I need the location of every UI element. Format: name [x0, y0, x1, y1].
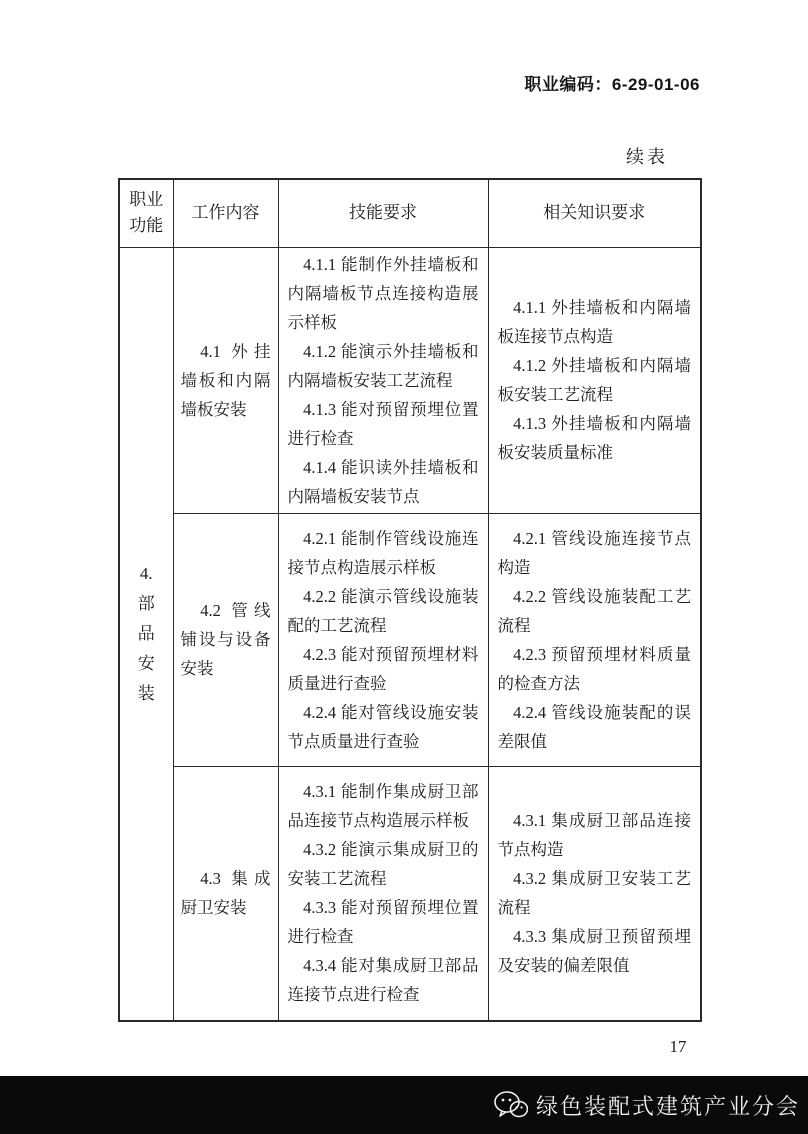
skill-item: 4.1.1 能制作外挂墙板和内隔墙板节点连接构造展示样板: [288, 250, 479, 337]
knowledge-item: 4.3.1 集成厨卫部品连接节点构造: [498, 806, 692, 864]
skill-item: 4.3.2 能演示集成厨卫的安装工艺流程: [288, 835, 479, 893]
skill-item: 4.1.3 能对预留预埋位置进行检查: [288, 395, 479, 453]
continued-table-label: 续表: [626, 143, 668, 169]
watermark-bar: 绿色装配式建筑产业分会: [0, 1076, 808, 1134]
header-occupational-function: 职业功能: [119, 179, 173, 247]
skill-item: 4.2.4 能对管线设施安装节点质量进行查验: [288, 698, 479, 756]
occupation-code: 职业编码：6-29-01-06: [524, 70, 700, 95]
table-header: 职业功能 工作内容 技能要求 相关知识要求: [119, 179, 701, 247]
table-row: 4.2 管线铺设与设备安装4.2.1 能制作管线设施连接节点构造展示样板4.2.…: [119, 513, 701, 766]
knowledge-item: 4.2.2 管线设施装配工艺流程: [498, 582, 692, 640]
requirements-table: 职业功能 工作内容 技能要求 相关知识要求 4.部品安装4.1 外挂墙板和内隔墙…: [118, 178, 702, 1022]
table-row: 4.3 集成厨卫安装4.3.1 能制作集成厨卫部品连接节点构造展示样板4.3.2…: [119, 766, 701, 1021]
table-body: 4.部品安装4.1 外挂墙板和内隔墙板安装4.1.1 能制作外挂墙板和内隔墙板节…: [119, 247, 701, 1021]
table-row: 4.部品安装4.1 外挂墙板和内隔墙板安装4.1.1 能制作外挂墙板和内隔墙板节…: [119, 247, 701, 513]
knowledge-item: 4.2.1 管线设施连接节点构造: [498, 524, 692, 582]
header-work-content: 工作内容: [173, 179, 278, 247]
header-row: 职业功能 工作内容 技能要求 相关知识要求: [119, 179, 701, 247]
knowledge-requirements-cell: 4.1.1 外挂墙板和内隔墙板连接节点构造4.1.2 外挂墙板和内隔墙板安装工艺…: [488, 247, 701, 513]
work-content-text: 4.1 外挂墙板和内隔墙板安装: [181, 337, 271, 424]
skill-item: 4.3.1 能制作集成厨卫部品连接节点构造展示样板: [288, 777, 479, 835]
work-content-cell: 4.1 外挂墙板和内隔墙板安装: [173, 247, 278, 513]
document-page: { "page": { "occupation_code": "职业编码：6-2…: [0, 0, 808, 1134]
function-name: 部品安装: [121, 589, 172, 709]
skill-item: 4.1.2 能演示外挂墙板和内隔墙板安装工艺流程: [288, 337, 479, 395]
knowledge-item: 4.2.3 预留预埋材料质量的检查方法: [498, 640, 692, 698]
page-number: 17: [656, 1037, 700, 1057]
work-content-cell: 4.3 集成厨卫安装: [173, 766, 278, 1021]
wechat-logo-icon: [494, 1091, 528, 1119]
knowledge-item: 4.3.2 集成厨卫安装工艺流程: [498, 864, 692, 922]
skill-item: 4.1.4 能识读外挂墙板和内隔墙板安装节点: [288, 453, 479, 511]
skill-item: 4.3.3 能对预留预埋位置进行检查: [288, 893, 479, 951]
knowledge-requirements-cell: 4.2.1 管线设施连接节点构造4.2.2 管线设施装配工艺流程4.2.3 预留…: [488, 513, 701, 766]
work-content-text: 4.3 集成厨卫安装: [181, 864, 271, 922]
watermark-text: 绿色装配式建筑产业分会: [536, 1090, 800, 1121]
knowledge-item: 4.1.1 外挂墙板和内隔墙板连接节点构造: [498, 293, 692, 351]
knowledge-item: 4.2.4 管线设施装配的误差限值: [498, 698, 692, 756]
header-knowledge-requirements: 相关知识要求: [488, 179, 701, 247]
skill-requirements-cell: 4.2.1 能制作管线设施连接节点构造展示样板4.2.2 能演示管线设施装配的工…: [278, 513, 488, 766]
function-cell: 4.部品安装: [119, 247, 173, 1021]
skill-item: 4.3.4 能对集成厨卫部品连接节点进行检查: [288, 951, 479, 1009]
knowledge-item: 4.3.3 集成厨卫预留预埋及安装的偏差限值: [498, 922, 692, 980]
work-content-text: 4.2 管线铺设与设备安装: [181, 596, 271, 683]
work-content-cell: 4.2 管线铺设与设备安装: [173, 513, 278, 766]
knowledge-item: 4.1.3 外挂墙板和内隔墙板安装质量标准: [498, 409, 692, 467]
skill-requirements-cell: 4.3.1 能制作集成厨卫部品连接节点构造展示样板4.3.2 能演示集成厨卫的安…: [278, 766, 488, 1021]
header-skill-requirements: 技能要求: [278, 179, 488, 247]
skill-item: 4.2.3 能对预留预埋材料质量进行查验: [288, 640, 479, 698]
skill-item: 4.2.1 能制作管线设施连接节点构造展示样板: [288, 524, 479, 582]
function-number: 4.: [121, 559, 172, 589]
knowledge-requirements-cell: 4.3.1 集成厨卫部品连接节点构造4.3.2 集成厨卫安装工艺流程4.3.3 …: [488, 766, 701, 1021]
skill-requirements-cell: 4.1.1 能制作外挂墙板和内隔墙板节点连接构造展示样板4.1.2 能演示外挂墙…: [278, 247, 488, 513]
skill-item: 4.2.2 能演示管线设施装配的工艺流程: [288, 582, 479, 640]
knowledge-item: 4.1.2 外挂墙板和内隔墙板安装工艺流程: [498, 351, 692, 409]
